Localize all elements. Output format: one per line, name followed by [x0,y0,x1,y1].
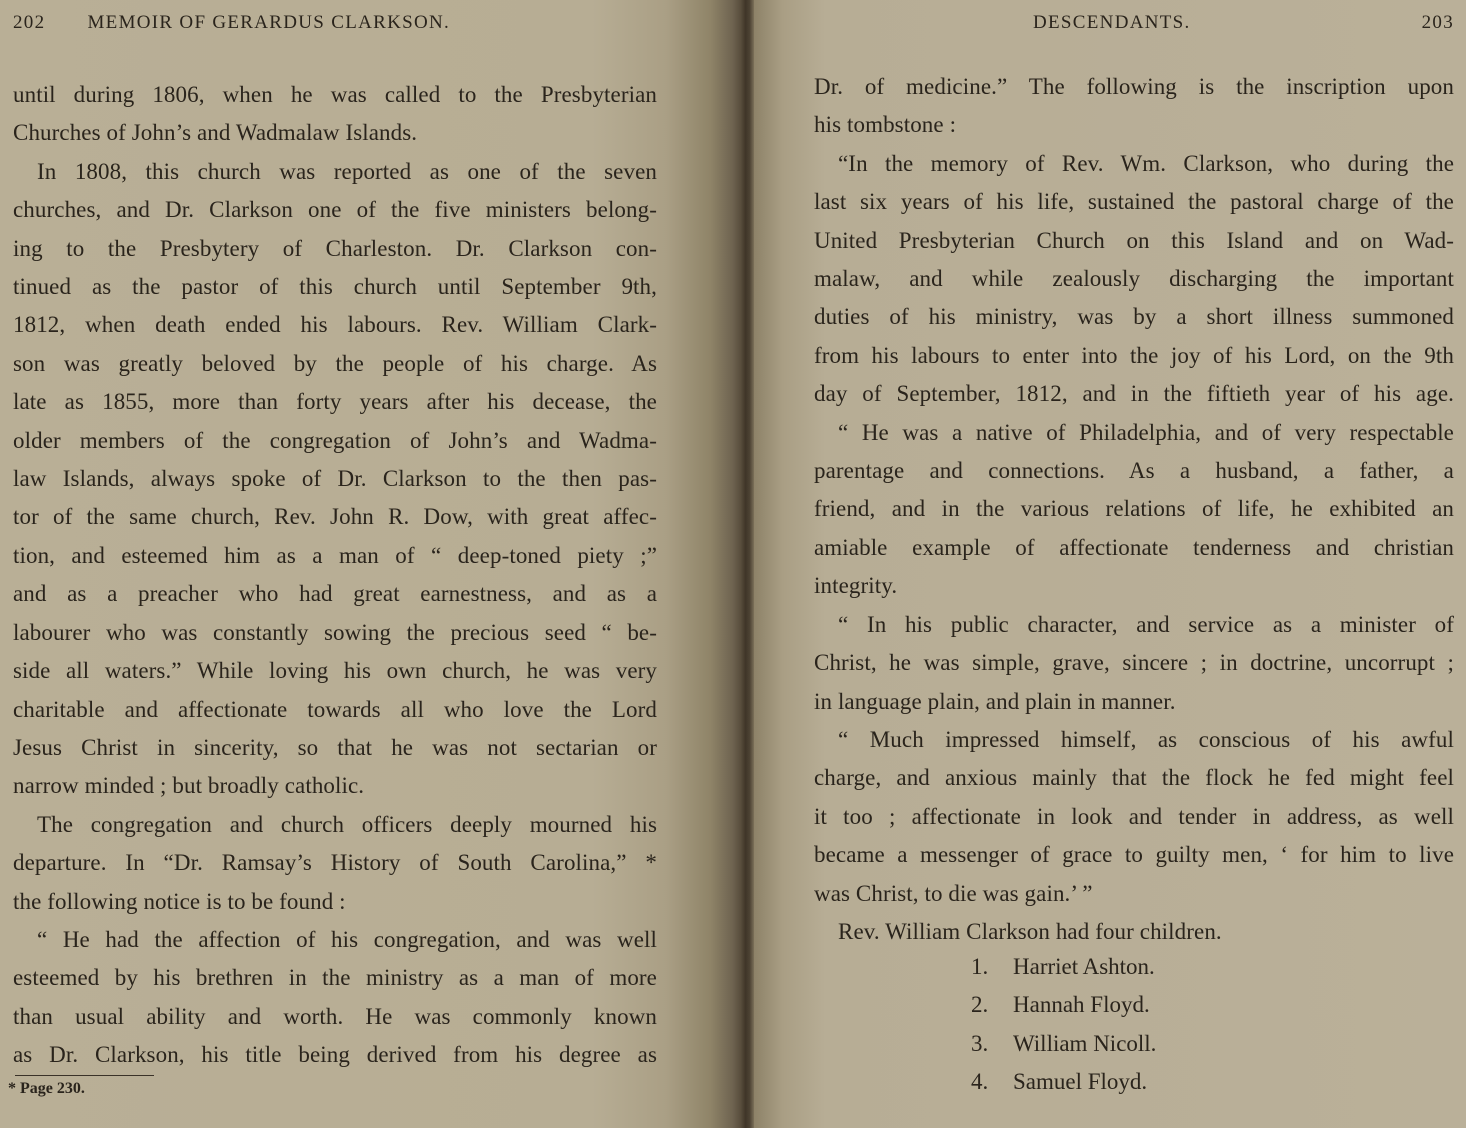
text-line: as Dr. Clarkson, his title being derived… [13,1036,657,1074]
text-line: last six years of his life, sustained th… [814,183,1454,221]
text-line: law Islands, always spoke of Dr. Clarkso… [13,460,657,498]
text-line: ing to the Presbytery of Charleston. Dr.… [13,230,657,268]
book-spread: 202 MEMOIR OF GERARDUS CLARKSON. until d… [0,0,1466,1128]
text-line: “ Much impressed himself, as conscious o… [814,721,1454,759]
text-line: esteemed by his brethren in the ministry… [13,959,657,997]
text-line: charge, and anxious mainly that the floc… [814,759,1454,797]
child-list-item: 4.Samuel Floyd. [971,1063,1156,1101]
child-name: Harriet Ashton. [1013,954,1155,979]
text-line: tion, and esteemed him as a man of “ dee… [13,537,657,575]
left-page: 202 MEMOIR OF GERARDUS CLARKSON. until d… [0,0,740,1128]
text-line: narrow minded ; but broadly catholic. [13,767,657,805]
text-line: late as 1855, more than forty years afte… [13,383,657,421]
text-line: than usual ability and worth. He was com… [13,998,657,1036]
text-line: was Christ, to die was gain.’ ” [814,875,1454,913]
child-number: 4. [971,1063,1013,1101]
text-line: the following notice is to be found : [13,883,657,921]
right-page: DESCENDANTS. 203 Dr. of medicine.” The f… [754,0,1466,1128]
text-line: son was greatly beloved by the people of… [13,345,657,383]
right-body-text: Dr. of medicine.” The following is the i… [814,68,1454,951]
text-line: until during 1806, when he was called to… [13,76,657,114]
right-page-number: 203 [1422,12,1454,34]
text-line: integrity. [814,567,1454,605]
text-line: In 1808, this church was reported as one… [13,153,657,191]
text-line: and as a preacher who had great earnestn… [13,575,657,613]
text-line: side all waters.” While loving his own c… [13,652,657,690]
child-list-item: 3.William Nicoll. [971,1025,1156,1063]
text-line: The congregation and church officers dee… [13,806,657,844]
child-name: Samuel Floyd. [1013,1069,1147,1094]
children-list: 1.Harriet Ashton.2.Hannah Floyd.3.Willia… [971,948,1156,1102]
text-line: parentage and connections. As a husband,… [814,452,1454,490]
child-name: William Nicoll. [1013,1031,1156,1056]
text-line: his tombstone : [814,106,1454,144]
text-line: Christ, he was simple, grave, sincere ; … [814,644,1454,682]
text-line: malaw, and while zealously discharging t… [814,260,1454,298]
text-line: “ He had the affection of his congregati… [13,921,657,959]
text-line: became a messenger of grace to guilty me… [814,836,1454,874]
text-line: in language plain, and plain in manner. [814,683,1454,721]
child-list-item: 2.Hannah Floyd. [971,986,1156,1024]
text-line: 1812, when death ended his labours. Rev.… [13,306,657,344]
text-line: departure. In “Dr. Ramsay’s History of S… [13,844,657,882]
child-number: 2. [971,986,1013,1024]
text-line: “In the memory of Rev. Wm. Clarkson, who… [814,145,1454,183]
text-line: Rev. William Clarkson had four children. [814,913,1454,951]
footnote-rule [15,1075,154,1076]
child-list-item: 1.Harriet Ashton. [971,948,1156,986]
text-line: charitable and affectionate towards all … [13,691,657,729]
left-page-number: 202 [13,12,45,33]
left-running-head: 202 MEMOIR OF GERARDUS CLARKSON. [13,12,450,34]
right-running-title: DESCENDANTS. [1033,12,1191,34]
text-line: Churches of John’s and Wadmalaw Islands. [13,114,657,152]
book-gutter [740,0,754,1128]
text-line: labourer who was constantly sowing the p… [13,614,657,652]
text-line: tor of the same church, Rev. John R. Dow… [13,498,657,536]
text-line: older members of the congregation of Joh… [13,422,657,460]
text-line: Jesus Christ in sincerity, so that he wa… [13,729,657,767]
text-line: “ In his public character, and service a… [814,606,1454,644]
text-line: Dr. of medicine.” The following is the i… [814,68,1454,106]
text-line: United Presbyterian Church on this Islan… [814,222,1454,260]
text-line: churches, and Dr. Clarkson one of the fi… [13,191,657,229]
child-number: 1. [971,948,1013,986]
text-line: from his labours to enter into the joy o… [814,337,1454,375]
text-line: amiable example of affectionate tenderne… [814,529,1454,567]
text-line: day of September, 1812, and in the fifti… [814,375,1454,413]
left-running-title: MEMOIR OF GERARDUS CLARKSON. [87,12,450,33]
text-line: “ He was a native of Philadelphia, and o… [814,414,1454,452]
text-line: it too ; affectionate in look and tender… [814,798,1454,836]
text-line: duties of his ministry, was by a short i… [814,298,1454,336]
text-line: tinued as the pastor of this church unti… [13,268,657,306]
child-number: 3. [971,1025,1013,1063]
footnote: * Page 230. [8,1080,85,1098]
text-line: friend, and in the various relations of … [814,490,1454,528]
child-name: Hannah Floyd. [1013,992,1150,1017]
left-body-text: until during 1806, when he was called to… [13,76,657,1075]
